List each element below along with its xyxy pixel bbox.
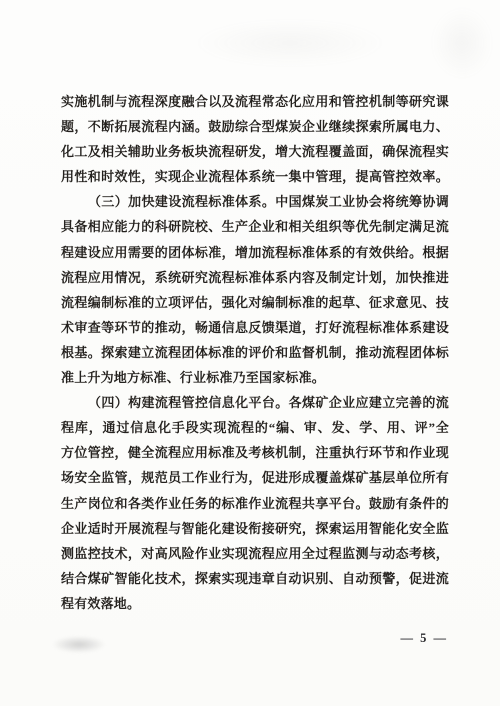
document-line: 用性和时效性，实现企业流程体系统一集中管理，提高管控效率。	[61, 164, 449, 189]
document-line: 程库，通过信息化手段实现流程的“编、审、发、学、用、评”全	[61, 415, 449, 440]
document-line: 题，不断拓展流程内涵。鼓励综合型煤炭企业继续探索所属电力、	[61, 114, 449, 139]
document-line: 程有效落地。	[61, 591, 449, 616]
document-line: 结合煤矿智能化技术，探索实现违章自动识别、自动预警，促进流	[61, 566, 449, 591]
document-line: 企业适时开展流程与智能化建设衔接研究，探索运用智能化安全监	[61, 516, 449, 541]
document-body: 实施机制与流程深度融合以及流程常态化应用和管控机制等研究课题，不断拓展流程内涵。…	[61, 89, 449, 616]
scan-smudge-top	[195, 20, 385, 66]
document-line: 流程编制标准的立项评估，强化对编制标准的起草、征求意见、技	[61, 290, 449, 315]
document-line: 方位管控，健全流程应用标准及考核机制，注重执行环节和作业现	[61, 440, 449, 465]
document-line: 场安全监管，规范员工作业行为，促进形成覆盖煤矿基层单位所有	[61, 465, 449, 490]
document-line: 流程应用情况，系统研究流程标准体系内容及制定计划，加快推进	[61, 265, 449, 290]
document-line: 实施机制与流程深度融合以及流程常态化应用和管控机制等研究课	[61, 89, 449, 114]
page-number: — 5 —	[328, 631, 448, 646]
document-line: 测监控技术，对高风险作业实现流程应用全过程监测与动态考核，	[61, 541, 449, 566]
document-line: 化工及相关辅助业务板块流程研发，增大流程覆盖面，确保流程实	[61, 139, 449, 164]
document-line: 准上升为地方标准、行业标准乃至国家标准。	[61, 365, 449, 390]
document-line: （四）构建流程管控信息化平台。各煤矿企业应建立完善的流	[61, 390, 449, 415]
document-page: 实施机制与流程深度融合以及流程常态化应用和管控机制等研究课题，不断拓展流程内涵。…	[0, 0, 500, 706]
document-line: 术审查等环节的推动，畅通信息反馈渠道，打好流程标准体系建设	[61, 315, 449, 340]
document-line: （三）加快建设流程标准体系。中国煤炭工业协会将统筹协调	[61, 189, 449, 214]
scan-smudge-bottom	[52, 636, 106, 653]
document-line: 根基。探索建立流程团体标准的评价和监督机制，推动流程团体标	[61, 340, 449, 365]
scan-smudge-top-right	[432, 8, 492, 78]
document-line: 生产岗位和各类作业任务的标准作业流程共享平台。鼓励有条件的	[61, 491, 449, 516]
document-line: 程建设应用需要的团体标准，增加流程标准体系的有效供给。根据	[61, 240, 449, 265]
document-line: 具备相应能力的科研院校、生产企业和相关组织等优先制定满足流	[61, 214, 449, 239]
